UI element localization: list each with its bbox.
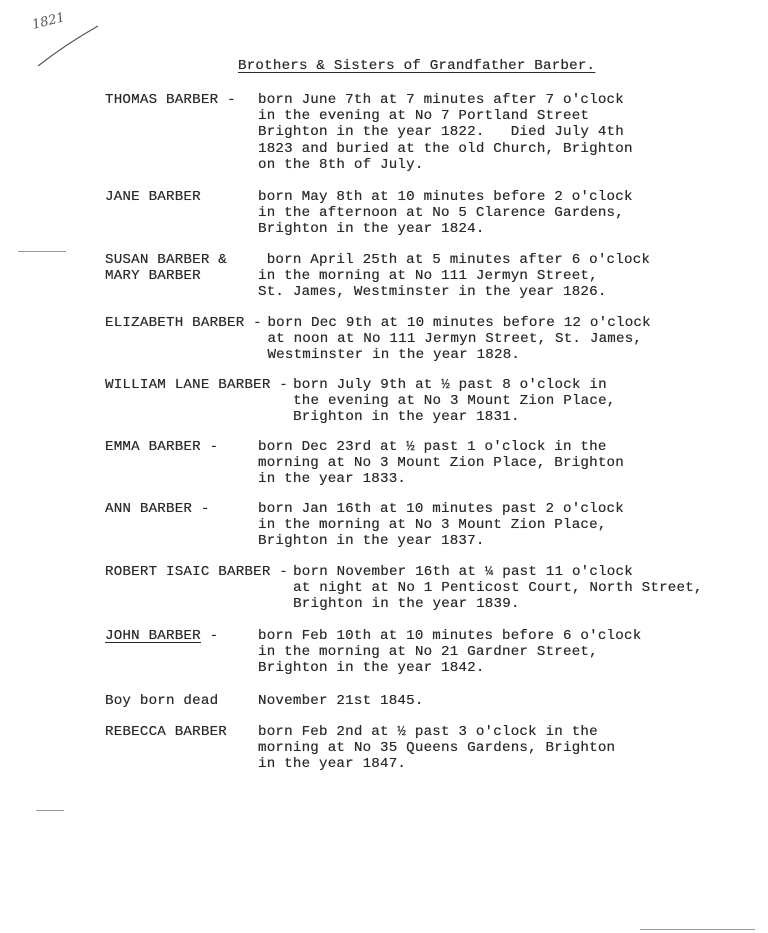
margin-mark [18,251,66,252]
birth-details: born Feb 2nd at ½ past 3 o'clock in them… [105,724,462,773]
birth-details: born April 25th at 5 minutes after 6 o'c… [105,252,497,301]
margin-mark [36,810,64,811]
birth-details: born July 9th at ½ past 8 o'clock inthe … [105,377,427,426]
pencil-stroke-mark [36,22,100,68]
birth-details: November 21st 1845. [105,693,271,709]
birth-details: born May 8th at 10 minutes before 2 o'cl… [105,189,480,238]
document-page: 1821 Brothers & Sisters of Grandfather B… [0,0,768,933]
document-title: Brothers & Sisters of Grandfather Barber… [238,58,595,74]
birth-details: born June 7th at 7 minutes after 7 o'clo… [105,92,480,173]
birth-details: born November 16th at ¼ past 11 o'clocka… [105,564,515,613]
birth-details: born Feb 10th at 10 minutes before 6 o'c… [105,628,488,677]
birth-details: born Dec 23rd at ½ past 1 o'clock in the… [105,439,471,488]
birth-details: born Dec 9th at 10 minutes before 12 o'c… [105,315,488,364]
birth-details: born Jan 16th at 10 minutes past 2 o'clo… [105,501,471,550]
edge-mark [640,929,755,930]
